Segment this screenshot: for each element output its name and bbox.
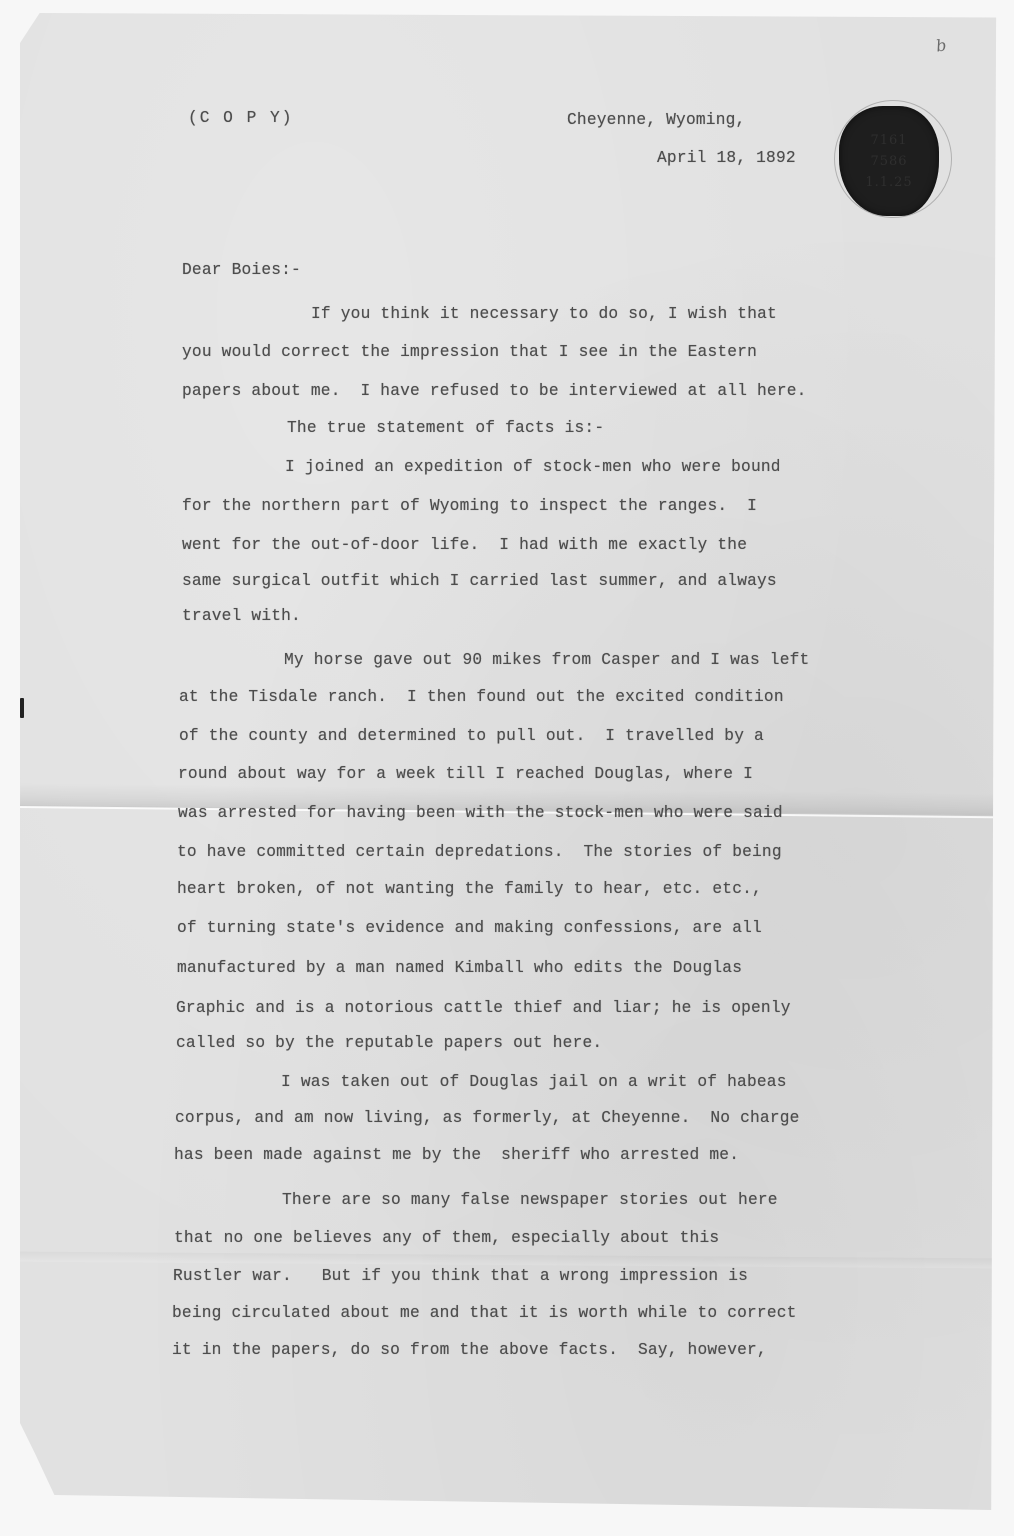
salutation: Dear Boies:- <box>182 262 301 278</box>
body-line: you would correct the impression that I … <box>182 344 757 360</box>
body-line: manufactured by a man named Kimball who … <box>177 960 742 976</box>
body-line: being circulated about me and that it is… <box>172 1305 797 1321</box>
body-line: was arrested for having been with the st… <box>178 805 783 821</box>
seal-text-line: 7161 <box>870 133 907 148</box>
body-line: The true statement of facts is:- <box>287 420 604 436</box>
body-line: Rustler war. But if you think that a wro… <box>173 1268 748 1284</box>
body-line: at the Tisdale ranch. I then found out t… <box>179 689 784 705</box>
letter-place: Cheyenne, Wyoming, <box>567 112 745 128</box>
body-line: round about way for a week till I reache… <box>178 766 753 782</box>
body-line: to have committed certain depredations. … <box>177 844 782 860</box>
body-line: same surgical outfit which I carried las… <box>182 573 777 589</box>
body-line: If you think it necessary to do so, I wi… <box>311 306 777 322</box>
body-line: has been made against me by the sheriff … <box>174 1147 739 1163</box>
body-line: travel with. <box>182 608 301 624</box>
body-line: called so by the reputable papers out he… <box>176 1035 602 1051</box>
body-line: for the northern part of Wyoming to insp… <box>182 498 757 514</box>
letter-date: April 18, 1892 <box>657 150 796 166</box>
body-line: it in the papers, do so from the above f… <box>172 1342 767 1358</box>
body-line: went for the out-of-door life. I had wit… <box>182 537 747 553</box>
body-line: of turning state's evidence and making c… <box>177 920 762 936</box>
letter-page <box>20 13 1003 1513</box>
paper-crease <box>20 1252 1003 1269</box>
copy-marker: (C O P Y) <box>188 110 293 126</box>
binding-mark <box>20 698 24 718</box>
body-line: heart broken, of not wanting the family … <box>177 881 762 897</box>
body-line: corpus, and am now living, as formerly, … <box>175 1110 800 1126</box>
redacted-seal-stamp: 7161 7586 1.1.25 <box>839 106 939 216</box>
body-line: There are so many false newspaper storie… <box>282 1192 778 1208</box>
body-line: that no one believes any of them, especi… <box>174 1230 719 1246</box>
seal-text-line: 1.1.25 <box>865 175 912 190</box>
body-line: Graphic and is a notorious cattle thief … <box>176 1000 791 1016</box>
seal-text-line: 7586 <box>870 154 907 169</box>
body-line: of the county and determined to pull out… <box>179 728 764 744</box>
body-line: I joined an expedition of stock-men who … <box>285 459 781 475</box>
body-line: My horse gave out 90 mikes from Casper a… <box>284 652 809 668</box>
body-line: papers about me. I have refused to be in… <box>182 383 807 399</box>
body-line: I was taken out of Douglas jail on a wri… <box>281 1074 787 1090</box>
